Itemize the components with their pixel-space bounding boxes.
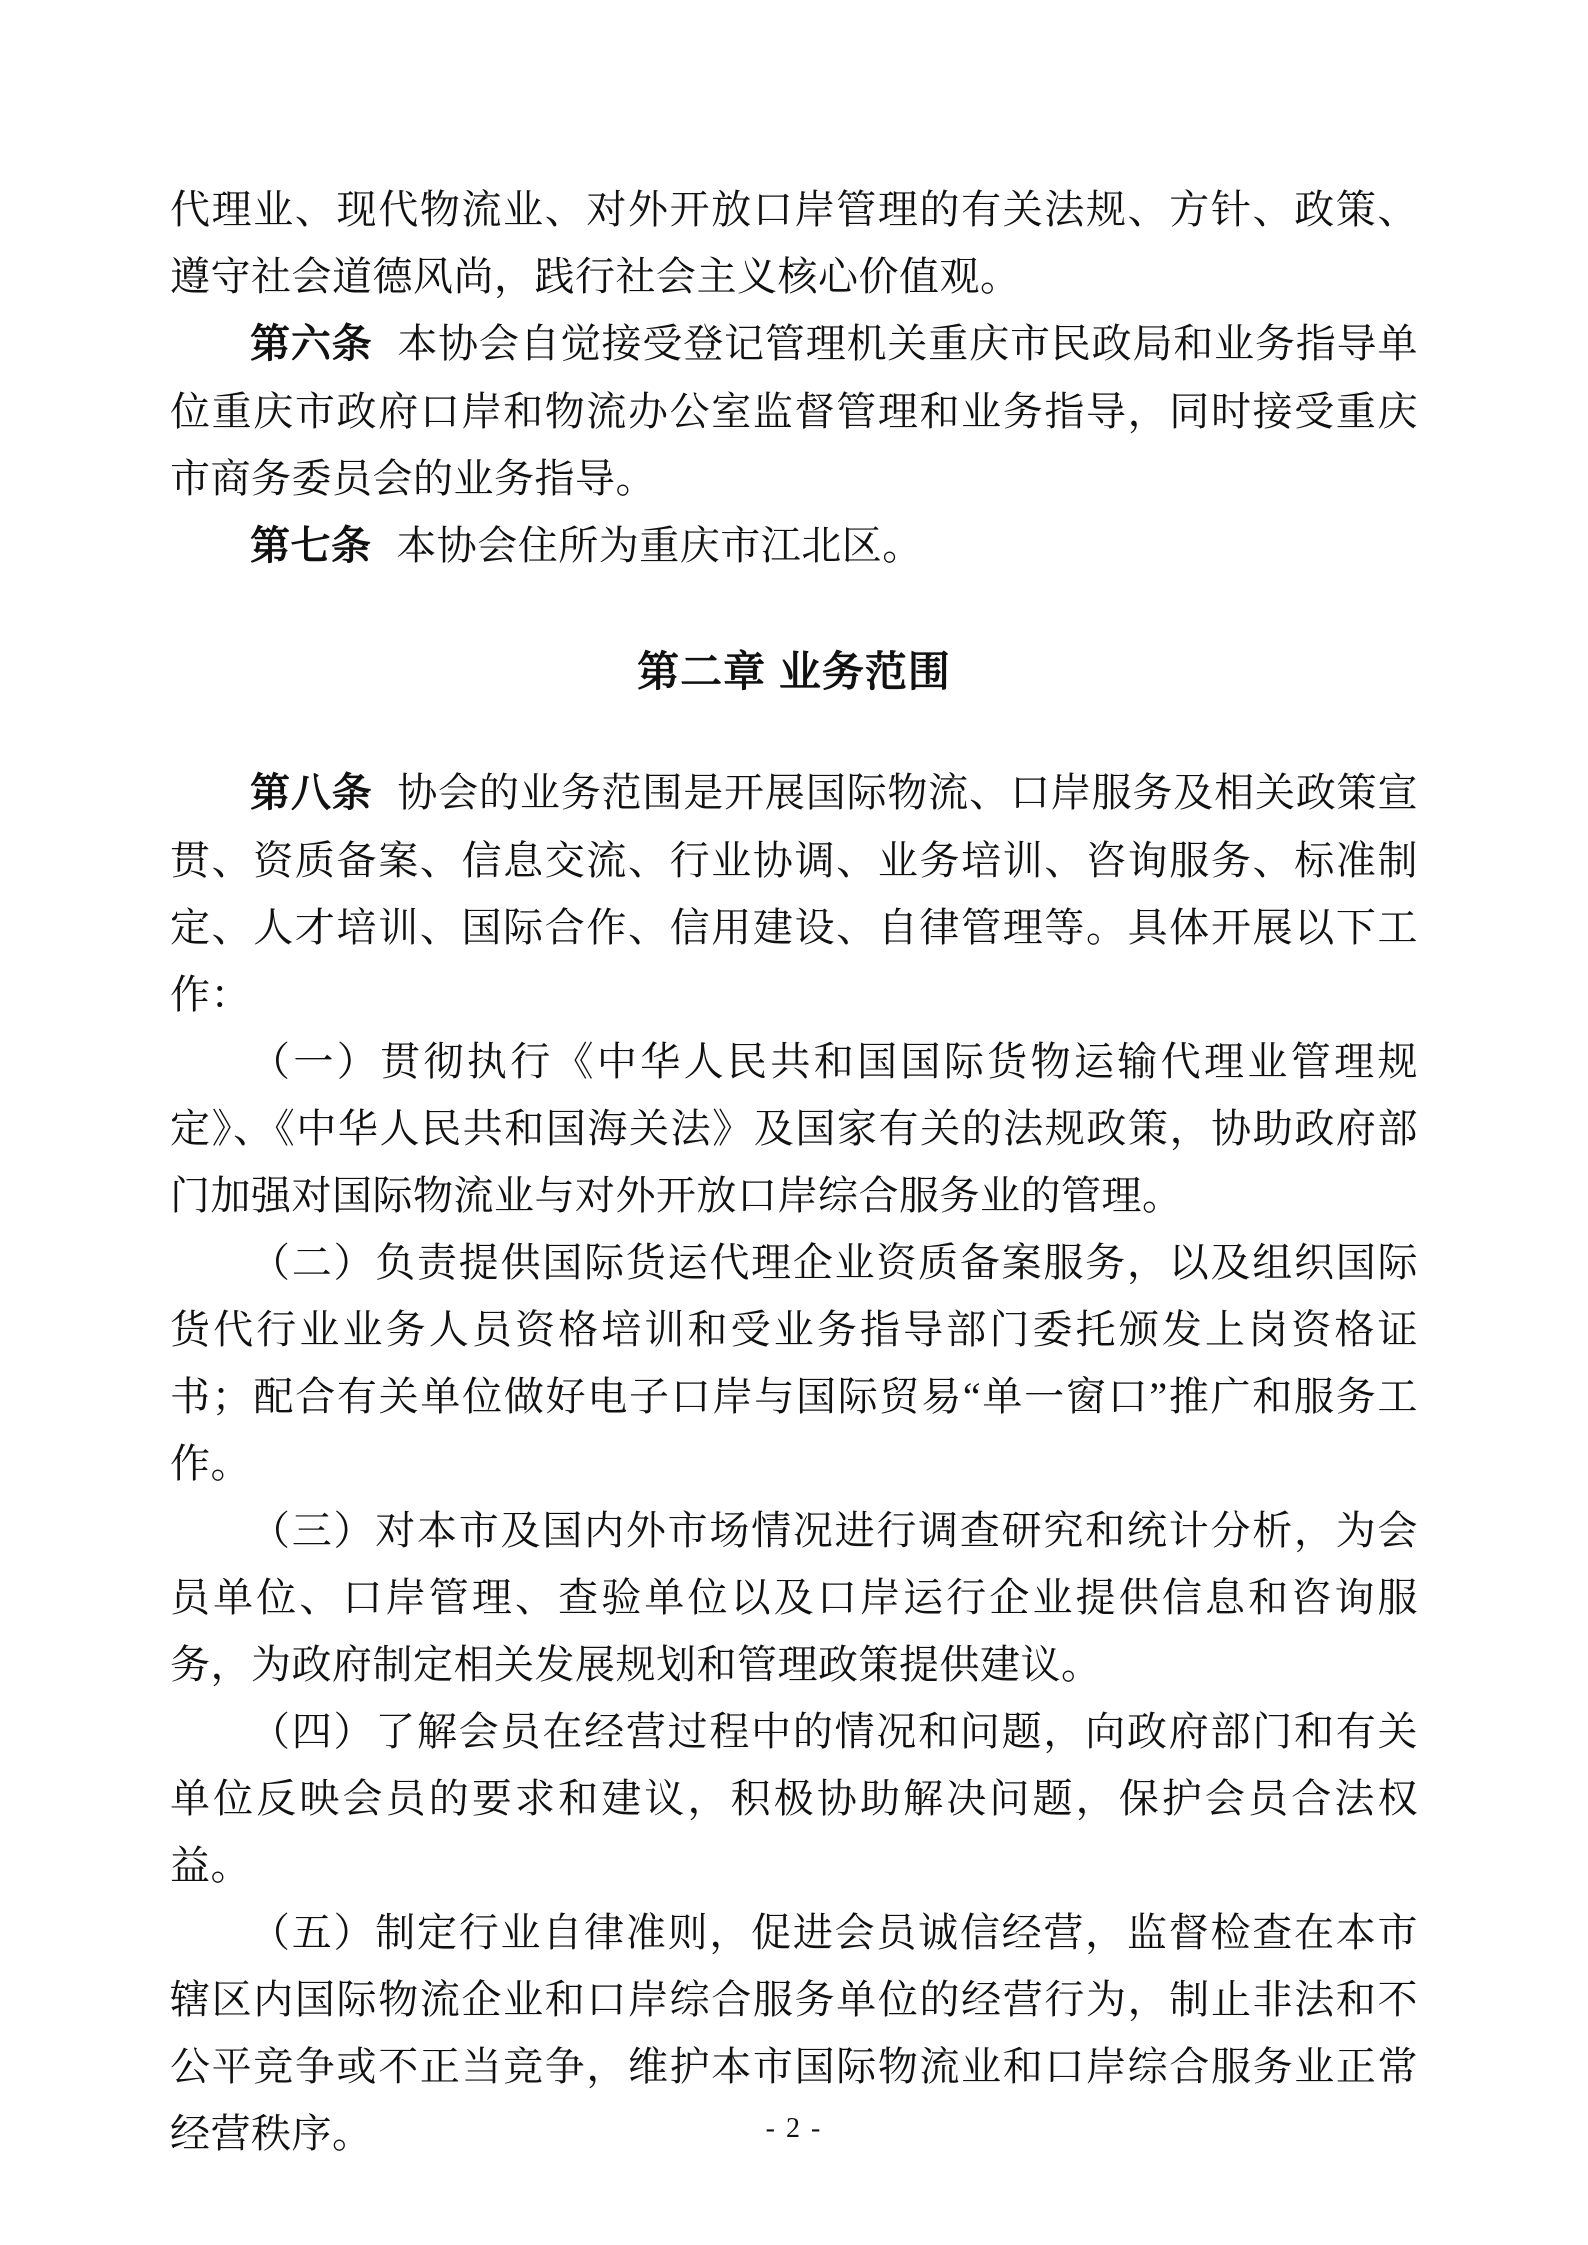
article-7-number: 第七条 (250, 524, 372, 568)
article-8-number: 第八条 (250, 771, 373, 815)
paragraph-text: 代理业、现代物流业、对外开放口岸管理的有关法规、方针、政策、遵守社会道德风尚，践… (170, 187, 1418, 299)
article-6-number: 第六条 (250, 322, 373, 366)
paragraph-item-1: （一）贯彻执行《中华人民共和国国际货物运输代理业管理规定》、《中华人民共和国海关… (170, 1028, 1418, 1229)
item-2-text: （二）负责提供国际货运代理企业资质备案服务，以及组织国际货代行业业务人员资格培训… (170, 1240, 1418, 1486)
item-4-text: （四）了解会员在经营过程中的情况和问题，向政府部门和有关单位反映会员的要求和建议… (170, 1709, 1418, 1888)
paragraph-item-4: （四）了解会员在经营过程中的情况和问题，向政府部门和有关单位反映会员的要求和建议… (170, 1698, 1418, 1899)
paragraph-item-3: （三）对本市及国内外市场情况进行调查研究和统计分析，为会员单位、口岸管理、查验单… (170, 1497, 1418, 1698)
page-number-footer: - 2 - (0, 2112, 1588, 2146)
paragraph-item-2: （二）负责提供国际货运代理企业资质备案服务，以及组织国际货代行业业务人员资格培训… (170, 1229, 1418, 1497)
paragraph-article-8: 第八条协会的业务范围是开展国际物流、口岸服务及相关政策宣贯、资质备案、信息交流、… (170, 759, 1418, 1028)
paragraph-article-6: 第六条本协会自觉接受登记管理机关重庆市民政局和业务指导单位重庆市政府口岸和物流办… (170, 310, 1418, 512)
article-7-text: 本协会住所为重庆市江北区。 (396, 523, 923, 568)
paragraph-article-7: 第七条本协会住所为重庆市江北区。 (170, 512, 1418, 580)
chapter-heading: 第二章 业务范围 (170, 638, 1418, 705)
document-body: 代理业、现代物流业、对外开放口岸管理的有关法规、方针、政策、遵守社会道德风尚，践… (170, 176, 1418, 2167)
document-page: 代理业、现代物流业、对外开放口岸管理的有关法规、方针、政策、遵守社会道德风尚，践… (0, 0, 1588, 2245)
item-3-text: （三）对本市及国内外市场情况进行调查研究和统计分析，为会员单位、口岸管理、查验单… (170, 1508, 1418, 1687)
item-1-text: （一）贯彻执行《中华人民共和国国际货物运输代理业管理规定》、《中华人民共和国海关… (170, 1039, 1418, 1218)
paragraph-continuation: 代理业、现代物流业、对外开放口岸管理的有关法规、方针、政策、遵守社会道德风尚，践… (170, 176, 1418, 310)
